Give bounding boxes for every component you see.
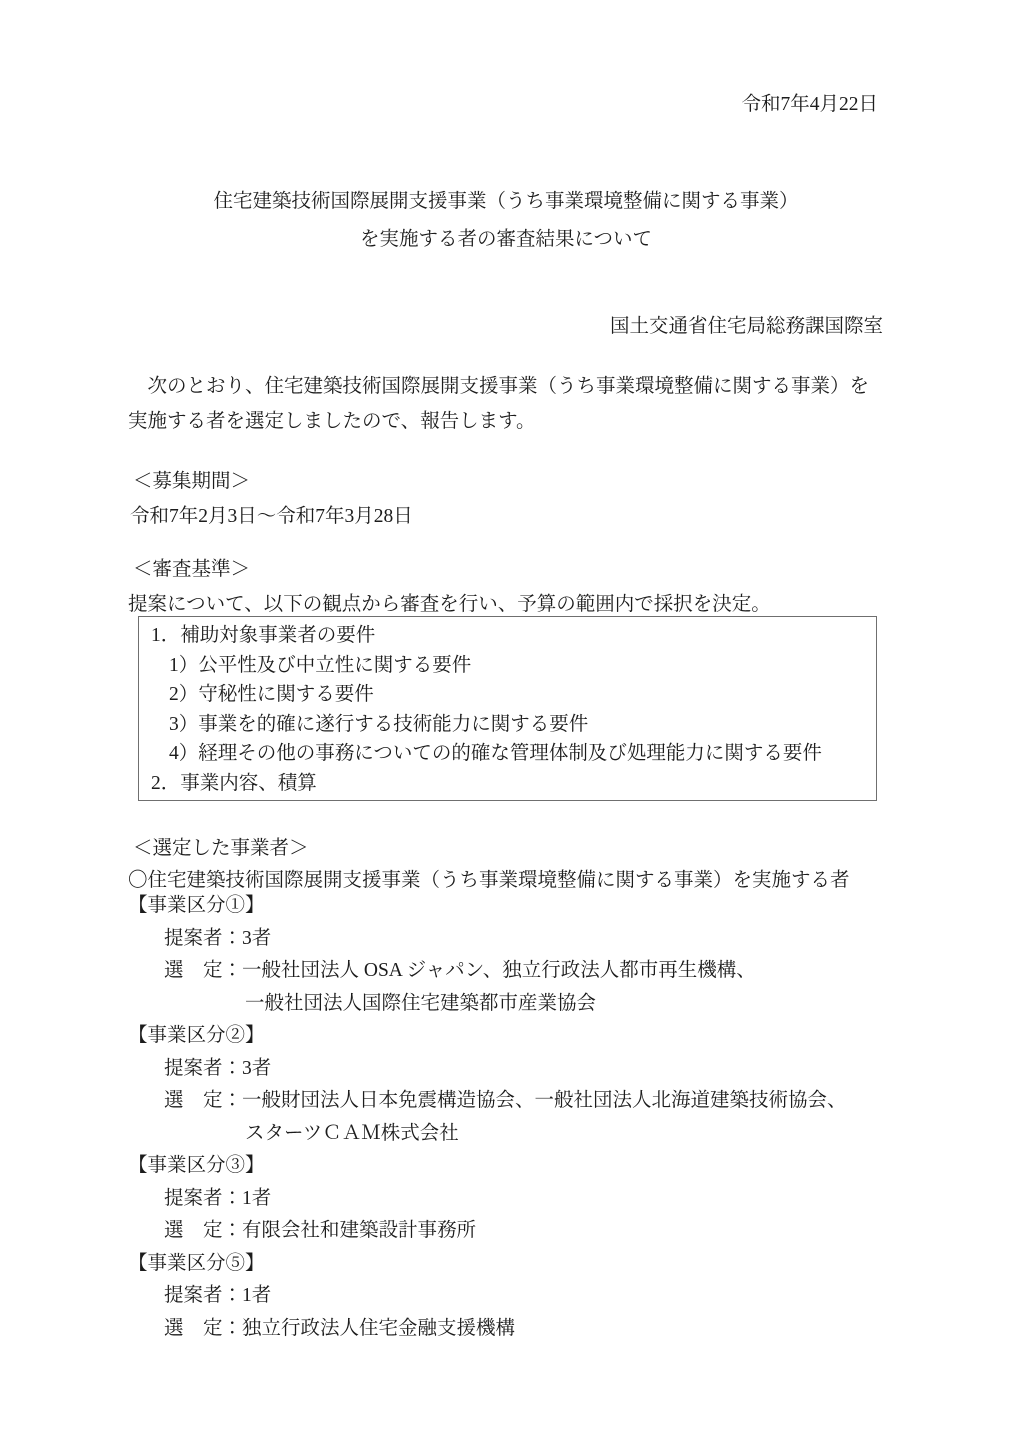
criteria-subitem: 3）事業を的確に遂行する技術能力に関する要件 xyxy=(169,710,876,740)
selected-operators-list: 【事業区分①】 提案者：3者 選 定：一般社団法人 OSA ジャパン、独立行政法… xyxy=(128,890,908,1345)
criteria-item: 2．事業内容、積算 xyxy=(151,769,876,799)
recruitment-period-value: 令和7年2月3日～令和7年3月28日 xyxy=(130,500,413,528)
category-1-proposer-count: 提案者：3者 xyxy=(164,923,908,956)
document-title-line1: 住宅建築技術国際展開支援事業（うち事業環境整備に関する事業） xyxy=(6,185,1006,213)
category-1-selected-line: 選 定：一般社団法人 OSA ジャパン、独立行政法人都市再生機構、 xyxy=(164,955,908,988)
category-2-label: 【事業区分②】 xyxy=(128,1020,908,1053)
category-2-proposer-count: 提案者：3者 xyxy=(164,1053,908,1086)
intro-paragraph: 次のとおり、住宅建築技術国際展開支援事業（うち事業環境整備に関する事業）を実施す… xyxy=(128,369,880,439)
criteria-heading: ＜審査基準＞ xyxy=(133,553,250,581)
category-2-selected-line: スターツＣＡＭ株式会社 xyxy=(245,1118,908,1151)
category-5-selected-line: 選 定：独立行政法人住宅金融支援機構 xyxy=(164,1313,908,1346)
recruitment-period-heading: ＜募集期間＞ xyxy=(133,465,250,493)
category-2-selected-line: 選 定：一般財団法人日本免震構造協会、一般社団法人北海道建築技術協会、 xyxy=(164,1085,908,1118)
category-1-selected-line: 一般社団法人国際住宅建築都市産業協会 xyxy=(245,988,908,1021)
category-3-proposer-count: 提案者：1者 xyxy=(164,1183,908,1216)
criteria-box: 1．補助対象事業者の要件 1）公平性及び中立性に関する要件 2）守秘性に関する要… xyxy=(138,616,877,801)
criteria-lead-sentence: 提案について、以下の観点から審査を行い、予算の範囲内で採択を決定。 xyxy=(128,588,771,616)
category-5-proposer-count: 提案者：1者 xyxy=(164,1280,908,1313)
document-date: 令和7年4月22日 xyxy=(128,88,878,116)
category-3-selected-line: 選 定：有限会社和建築設計事務所 xyxy=(164,1215,908,1248)
criteria-subitem: 4）経理その他の事務についての的確な管理体制及び処理能力に関する要件 xyxy=(169,739,876,769)
criteria-item: 1．補助対象事業者の要件 xyxy=(151,621,876,651)
issuing-department: 国土交通省住宅局総務課国際室 xyxy=(128,310,883,338)
criteria-subitem: 1）公平性及び中立性に関する要件 xyxy=(169,651,876,681)
category-1-label: 【事業区分①】 xyxy=(128,890,908,923)
document-title-line2: を実施する者の審査結果について xyxy=(6,223,1006,251)
criteria-subitem: 2）守秘性に関する要件 xyxy=(169,680,876,710)
category-5-label: 【事業区分⑤】 xyxy=(128,1248,908,1281)
selected-operators-heading: ＜選定した事業者＞ xyxy=(133,832,309,860)
selected-operators-lead: 〇住宅建築技術国際展開支援事業（うち事業環境整備に関する事業）を実施する者 xyxy=(128,864,850,892)
document-page: 令和7年4月22日 住宅建築技術国際展開支援事業（うち事業環境整備に関する事業）… xyxy=(0,0,1024,1448)
category-3-label: 【事業区分③】 xyxy=(128,1150,908,1183)
